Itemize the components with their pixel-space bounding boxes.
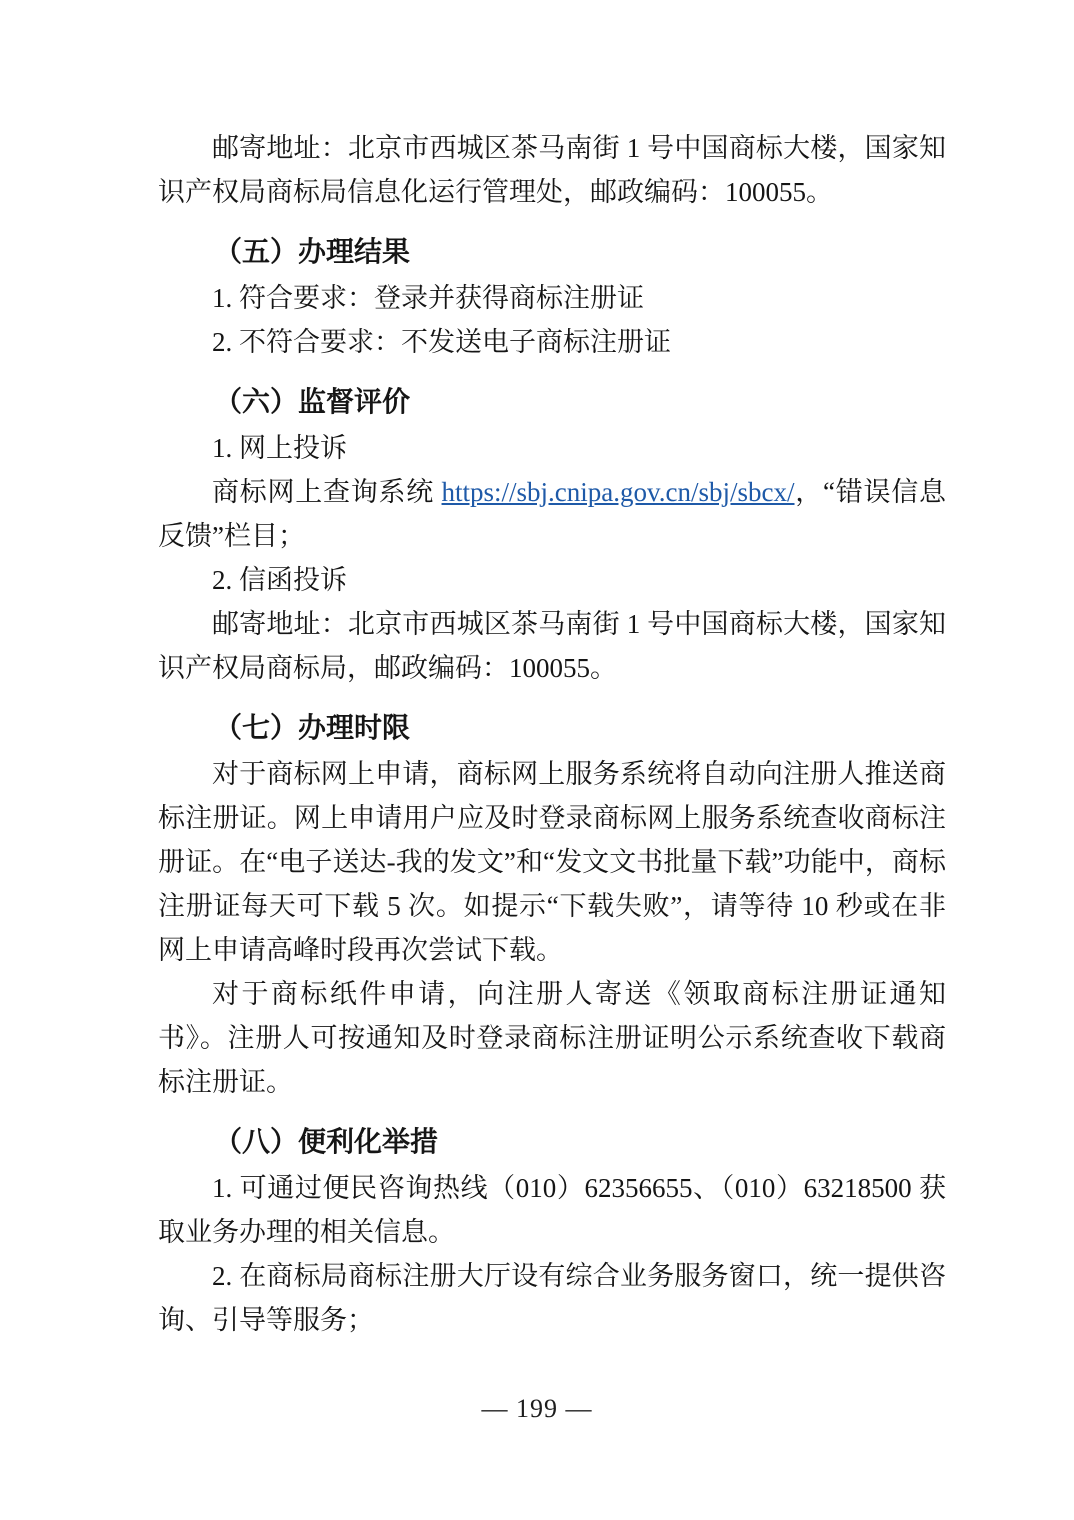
paragraph: 邮寄地址：北京市西城区茶马南街 1 号中国商标大楼，国家知识产权局商标局，邮政编… — [158, 602, 946, 690]
paragraph: 2. 在商标局商标注册大厅设有综合业务服务窗口，统一提供咨询、引导等服务； — [158, 1254, 946, 1342]
document-page: 邮寄地址：北京市西城区茶马南街 1 号中国商标大楼，国家知识产权局商标局信息化运… — [0, 0, 1074, 1520]
section-heading: （八）便利化举措 — [158, 1120, 946, 1166]
paragraph: 1. 符合要求：登录并获得商标注册证 — [158, 276, 946, 320]
paragraph: 商标网上查询系统 https://sbj.cnipa.gov.cn/sbj/sb… — [158, 470, 946, 558]
paragraph: 2. 不符合要求：不发送电子商标注册证 — [158, 320, 946, 364]
text-run: 商标网上查询系统 — [212, 477, 442, 507]
paragraph: 1. 网上投诉 — [158, 426, 946, 470]
document-content: 邮寄地址：北京市西城区茶马南街 1 号中国商标大楼，国家知识产权局商标局信息化运… — [158, 126, 946, 1342]
paragraph: 邮寄地址：北京市西城区茶马南街 1 号中国商标大楼，国家知识产权局商标局信息化运… — [158, 126, 946, 214]
section-heading: （六）监督评价 — [158, 380, 946, 426]
paragraph: 对于商标纸件申请，向注册人寄送《领取商标注册证通知书》。注册人可按通知及时登录商… — [158, 972, 946, 1104]
paragraph: 对于商标网上申请，商标网上服务系统将自动向注册人推送商标注册证。网上申请用户应及… — [158, 752, 946, 972]
paragraph: 1. 可通过便民咨询热线（010）62356655、（010）63218500 … — [158, 1166, 946, 1254]
section-heading: （五）办理结果 — [158, 230, 946, 276]
paragraph: 2. 信函投诉 — [158, 558, 946, 602]
section-heading: （七）办理时限 — [158, 706, 946, 752]
page-number: — 199 — — [0, 1394, 1074, 1424]
trademark-query-system-link[interactable]: https://sbj.cnipa.gov.cn/sbj/sbcx/ — [442, 477, 795, 507]
